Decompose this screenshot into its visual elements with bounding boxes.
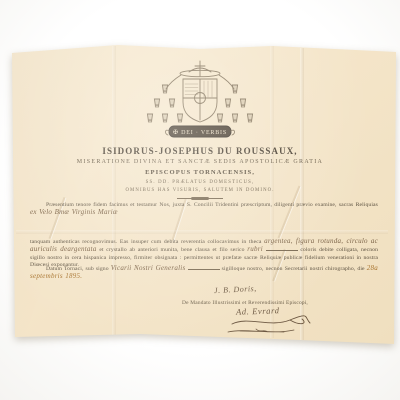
datum-paragraph: Datum Tornaci, sub signo Vicarii Nostri … bbox=[30, 265, 378, 282]
attestation-print: Præsentium tenore fidem facimus et testa… bbox=[46, 202, 378, 208]
blank-line bbox=[266, 246, 298, 251]
secretary-paraph bbox=[226, 326, 296, 336]
tassels-right bbox=[217, 85, 252, 122]
attestation-paragraph: Præsentium tenore fidem facimus et testa… bbox=[30, 202, 378, 218]
mandate-line: De Mandato Illustrissimi et Reverendissi… bbox=[182, 300, 308, 306]
datum-print-2: sigilloque nostro, necnon Secretarii nos… bbox=[222, 266, 365, 272]
prelate-title: SS. DD. PRÆLATUS DOMESTICUS, bbox=[0, 180, 400, 185]
authentication-print-1: tanquam authenticas recognovimus. Eas in… bbox=[30, 239, 261, 245]
document-content: ✠ DEI · VERBIS ISIDORUS-JOSEPHUS DU ROUS… bbox=[0, 0, 400, 400]
authentication-print-2: et crystallo ab anteriori munita, bene c… bbox=[99, 247, 244, 253]
heading-divider bbox=[177, 198, 223, 199]
ribbon-color-handwritten: rubri bbox=[247, 245, 263, 253]
by-grace-line: MISERATIONE DIVINA ET SANCTÆ SEDIS APOST… bbox=[0, 159, 400, 165]
salutation-line: OMNIBUS HAS VISURIS, SALUTEM IN DOMINO. bbox=[0, 188, 400, 193]
blank-line bbox=[188, 265, 220, 270]
photographed-relic-document: ✠ DEI · VERBIS ISIDORUS-JOSEPHUS DU ROUS… bbox=[0, 0, 400, 400]
tassels-left bbox=[147, 85, 182, 122]
episcopal-coat-of-arms: ✠ DEI · VERBIS bbox=[125, 60, 275, 144]
relic-name-handwritten: ex Velo Bmæ Virginis Mariæ bbox=[30, 208, 118, 216]
bishop-title: EPISCOPUS TORNACENSIS, bbox=[0, 169, 400, 176]
datum-print-1: Datum Tornaci, sub signo bbox=[46, 266, 109, 272]
paper-shadow: ✠ DEI · VERBIS ISIDORUS-JOSEPHUS DU ROUS… bbox=[0, 0, 400, 400]
motto-text: ✠ DEI · VERBIS bbox=[173, 129, 227, 136]
signer-title-handwritten: Vicarii Nostri Generalis bbox=[111, 264, 186, 272]
bishop-name: ISIDORUS-JOSEPHUS DU ROUSSAUX, bbox=[0, 146, 400, 156]
shield-icon bbox=[183, 79, 217, 122]
paper: ✠ DEI · VERBIS ISIDORUS-JOSEPHUS DU ROUS… bbox=[0, 0, 400, 400]
vicar-general-signature: J. B. Doris, bbox=[214, 284, 257, 295]
